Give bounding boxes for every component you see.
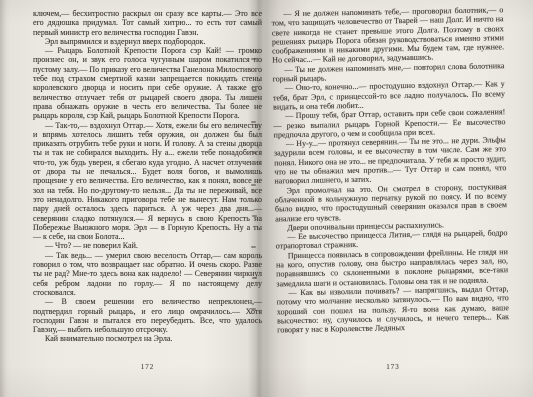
paragraph: ключем,— бесхитростно раскрыл он сразу в… [33, 9, 262, 37]
right-page-number: 173 [277, 363, 509, 371]
gutter-mark [251, 58, 256, 60]
paragraph: — Так-то,— вздохнул Оттар.— Хотя, ежели … [33, 121, 262, 242]
paragraph: — В своем решении его величество непрекл… [33, 297, 262, 334]
left-page: ключем,— бесхитростно раскрыл он сразу в… [33, 0, 262, 397]
open-book-photo: ключем,— бесхитростно раскрыл он сразу в… [0, 0, 533, 397]
right-page: — Я не должен напоминать тебе,— проговор… [277, 0, 509, 397]
paragraph: — Я не должен напоминать тебе,— проговор… [271, 5, 504, 65]
left-page-text: ключем,— бесхитростно раскрыл он сразу в… [33, 9, 262, 344]
paragraph: — Что? — не поверил Кай. [33, 241, 262, 250]
paragraph: — Так ведь... — умерил свою веселость От… [33, 251, 262, 297]
paragraph: Эрл выпрямился и вздернул вверх подбород… [33, 37, 262, 46]
gutter-mark [252, 215, 257, 217]
paragraph: — Оно-то, конечно...— простодушно вздохн… [273, 80, 505, 112]
paragraph: — Прошу тебя, брат Оттар, оставить при с… [273, 107, 505, 139]
paragraph: Кай внимательно посмотрел на Эрла. [33, 334, 262, 343]
paragraph: Принцесса появилась в сопровождении фрей… [276, 247, 509, 288]
gutter-mark [251, 121, 256, 123]
right-page-text: — Я не должен напоминать тебе,— проговор… [271, 5, 509, 335]
page-edge-shadow [0, 0, 6, 397]
paragraph: — Как вы изволили почивать? — напрягшись… [276, 284, 509, 335]
gutter-mark [251, 184, 256, 186]
paragraph: Эрл промолчал на это. Он смотрел в сторо… [275, 182, 508, 223]
paragraph: — Ну-у...— протянул северянин.— Ты не эт… [274, 135, 507, 186]
gutter-mark [252, 277, 257, 279]
gutter-mark [252, 152, 257, 154]
gutter-mark [251, 246, 256, 248]
gutter-mark [252, 90, 257, 92]
gutter-mark [251, 308, 256, 310]
paragraph: — Рыцарь Болотной Крепости Порога сэр Ка… [33, 46, 262, 120]
left-page-number: 172 [33, 363, 262, 371]
